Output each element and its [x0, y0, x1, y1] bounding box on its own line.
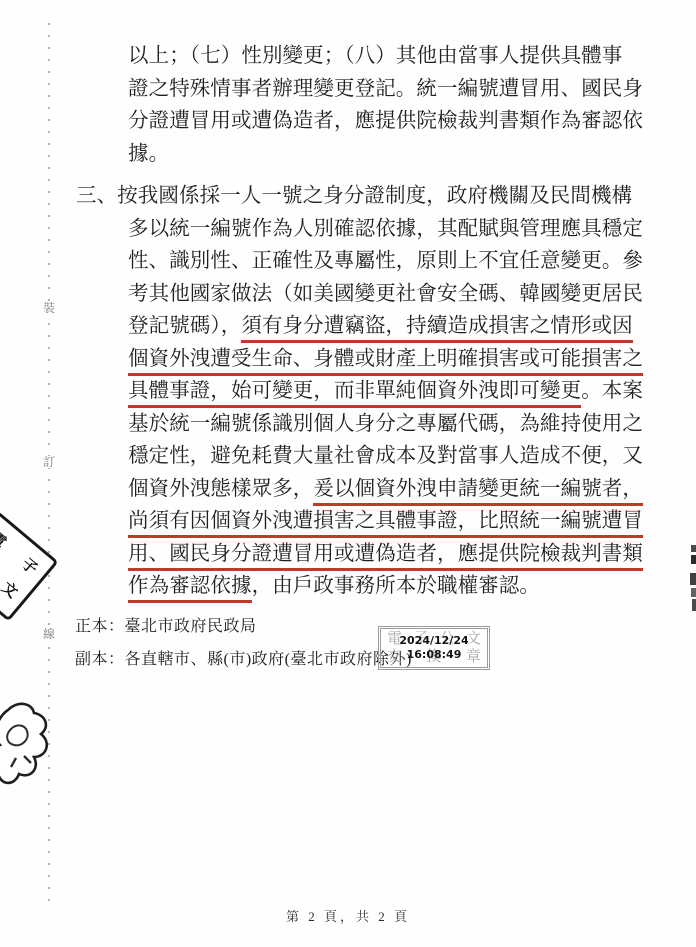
body-line: 三、按我國係採一人一號之身分證制度，政府機關及民間機構	[76, 180, 696, 213]
body-text-segment: 基於統一編號係識別個人身分之專屬代碼，為維持使用之	[128, 413, 643, 435]
body-line: 個資外洩遭受生命、身體或財產上明確損害或可能損害之	[76, 343, 696, 376]
body-text-segment: 三、按我國係採一人一號之身分證制度，政府機關及民間機構	[76, 185, 632, 207]
body-text-segment: 證之特殊情事者辦理變更登記。統一編號遭冒用、國民身	[128, 78, 643, 100]
underlined-text: 須有身分遭竊盜，持續造成損害之情形或因	[241, 315, 632, 343]
original-recipient: 正本：臺北市政府民政局	[75, 610, 412, 643]
body-text-segment: 分證遭冒用或遭偽造者，應提供院檢裁判書類作為審認依	[128, 110, 643, 132]
body-line: 個資外洩態樣眾多，爰以個資外洩申請變更統一編號者，	[76, 473, 696, 506]
body-text-segment: 登記號碼），	[128, 315, 241, 337]
underlined-text: 尚須有因個資外洩遭損害之具體事證，比照統一編號遭冒	[128, 510, 643, 538]
body-text-segment: 考其他國家做法（如美國變更社會安全碼、韓國變更居民	[128, 283, 643, 305]
exchange-stamp: 電子公文 交換章 2024/12/24 16:08:49	[378, 626, 490, 670]
body-line: 多以統一編號作為人別確認依據，其配賦與管理應具穩定	[76, 213, 696, 246]
underlined-text: 用、國民身分證遭冒用或遭偽造者，應提供院檢裁判書類	[128, 543, 643, 571]
letter-body: 以上；（七）性別變更；（八）其他由當事人提供具體事證之特殊情事者辦理變更登記。統…	[0, 40, 696, 603]
body-text-segment: ，由戶政事務所本於職權審認。	[252, 575, 540, 597]
body-line: 性、識別性、正確性及專屬性，原則上不宜任意變更。參	[76, 245, 696, 278]
body-line: 據。	[128, 138, 696, 171]
body-line: 作為審認依據，由戶政事務所本於職權審認。	[76, 570, 696, 603]
body-line: 登記號碼），須有身分遭竊盜，持續造成損害之情形或因	[76, 310, 696, 343]
document-page: 裝訂線 電子 公文 以上；（七）性別變更；（八）其他由當事人提供具體事證之特殊情…	[0, 0, 696, 947]
body-line: 具體事證，始可變更，而非單純個資外洩即可變更。本案	[76, 375, 696, 408]
body-line: 尚須有因個資外洩遭損害之具體事證，比照統一編號遭冒	[76, 505, 696, 538]
body-line: 證之特殊情事者辦理變更登記。統一編號遭冒用、國民身	[128, 73, 696, 106]
body-text-segment: 多以統一編號作為人別確認依據，其配賦與管理應具穩定	[128, 218, 643, 240]
underlined-text: 作為審認依據	[128, 575, 252, 603]
body-line: 用、國民身分證遭冒用或遭偽造者，應提供院檢裁判書類	[76, 538, 696, 571]
body-line: 以上；（七）性別變更；（八）其他由當事人提供具體事	[128, 40, 696, 73]
body-text-segment: 性、識別性、正確性及專屬性，原則上不宜任意變更。參	[128, 250, 643, 272]
body-text-segment: 穩定性，避免耗費大量社會成本及對當事人造成不便，又	[128, 445, 643, 467]
body-line: 分證遭冒用或遭偽造者，應提供院檢裁判書類作為審認依	[128, 105, 696, 138]
partial-seal-stamp	[0, 698, 50, 798]
stamp-date: 2024/12/24	[381, 634, 487, 648]
body-text-segment: 據。	[128, 143, 169, 165]
page-number: 第 2 頁，共 2 頁	[0, 906, 696, 925]
body-text-segment: 個資外洩態樣眾多，	[128, 478, 313, 500]
body-line: 考其他國家做法（如美國變更社會安全碼、韓國變更居民	[76, 278, 696, 311]
exchange-stamp-datetime: 2024/12/24 16:08:49	[381, 634, 487, 662]
binding-char: 線	[41, 628, 57, 640]
paragraph: 以上；（七）性別變更；（八）其他由當事人提供具體事證之特殊情事者辦理變更登記。統…	[128, 40, 696, 170]
recipients-block: 正本：臺北市政府民政局 副本：各直轄市、縣(市)政府(臺北市政府除外)	[75, 610, 412, 676]
body-line: 穩定性，避免耗費大量社會成本及對當事人造成不便，又	[76, 440, 696, 473]
body-text-segment: 。本案	[581, 380, 643, 402]
body-line: 基於統一編號係識別個人身分之專屬代碼，為維持使用之	[76, 408, 696, 441]
paragraph: 三、按我國係採一人一號之身分證制度，政府機關及民間機構多以統一編號作為人別確認依…	[76, 180, 696, 603]
body-text-segment: 以上；（七）性別變更；（八）其他由當事人提供具體事	[128, 45, 623, 67]
underlined-text: 個資外洩遭受生命、身體或財產上明確損害或可能損害之	[128, 348, 643, 376]
stamp-time: 16:08:49	[381, 648, 487, 662]
copy-recipient: 副本：各直轄市、縣(市)政府(臺北市政府除外)	[75, 643, 412, 676]
underlined-text: 具體事證，始可變更，而非單純個資外洩即可變更	[128, 380, 581, 408]
underlined-text: 爰以個資外洩申請變更統一編號者，	[313, 478, 643, 506]
